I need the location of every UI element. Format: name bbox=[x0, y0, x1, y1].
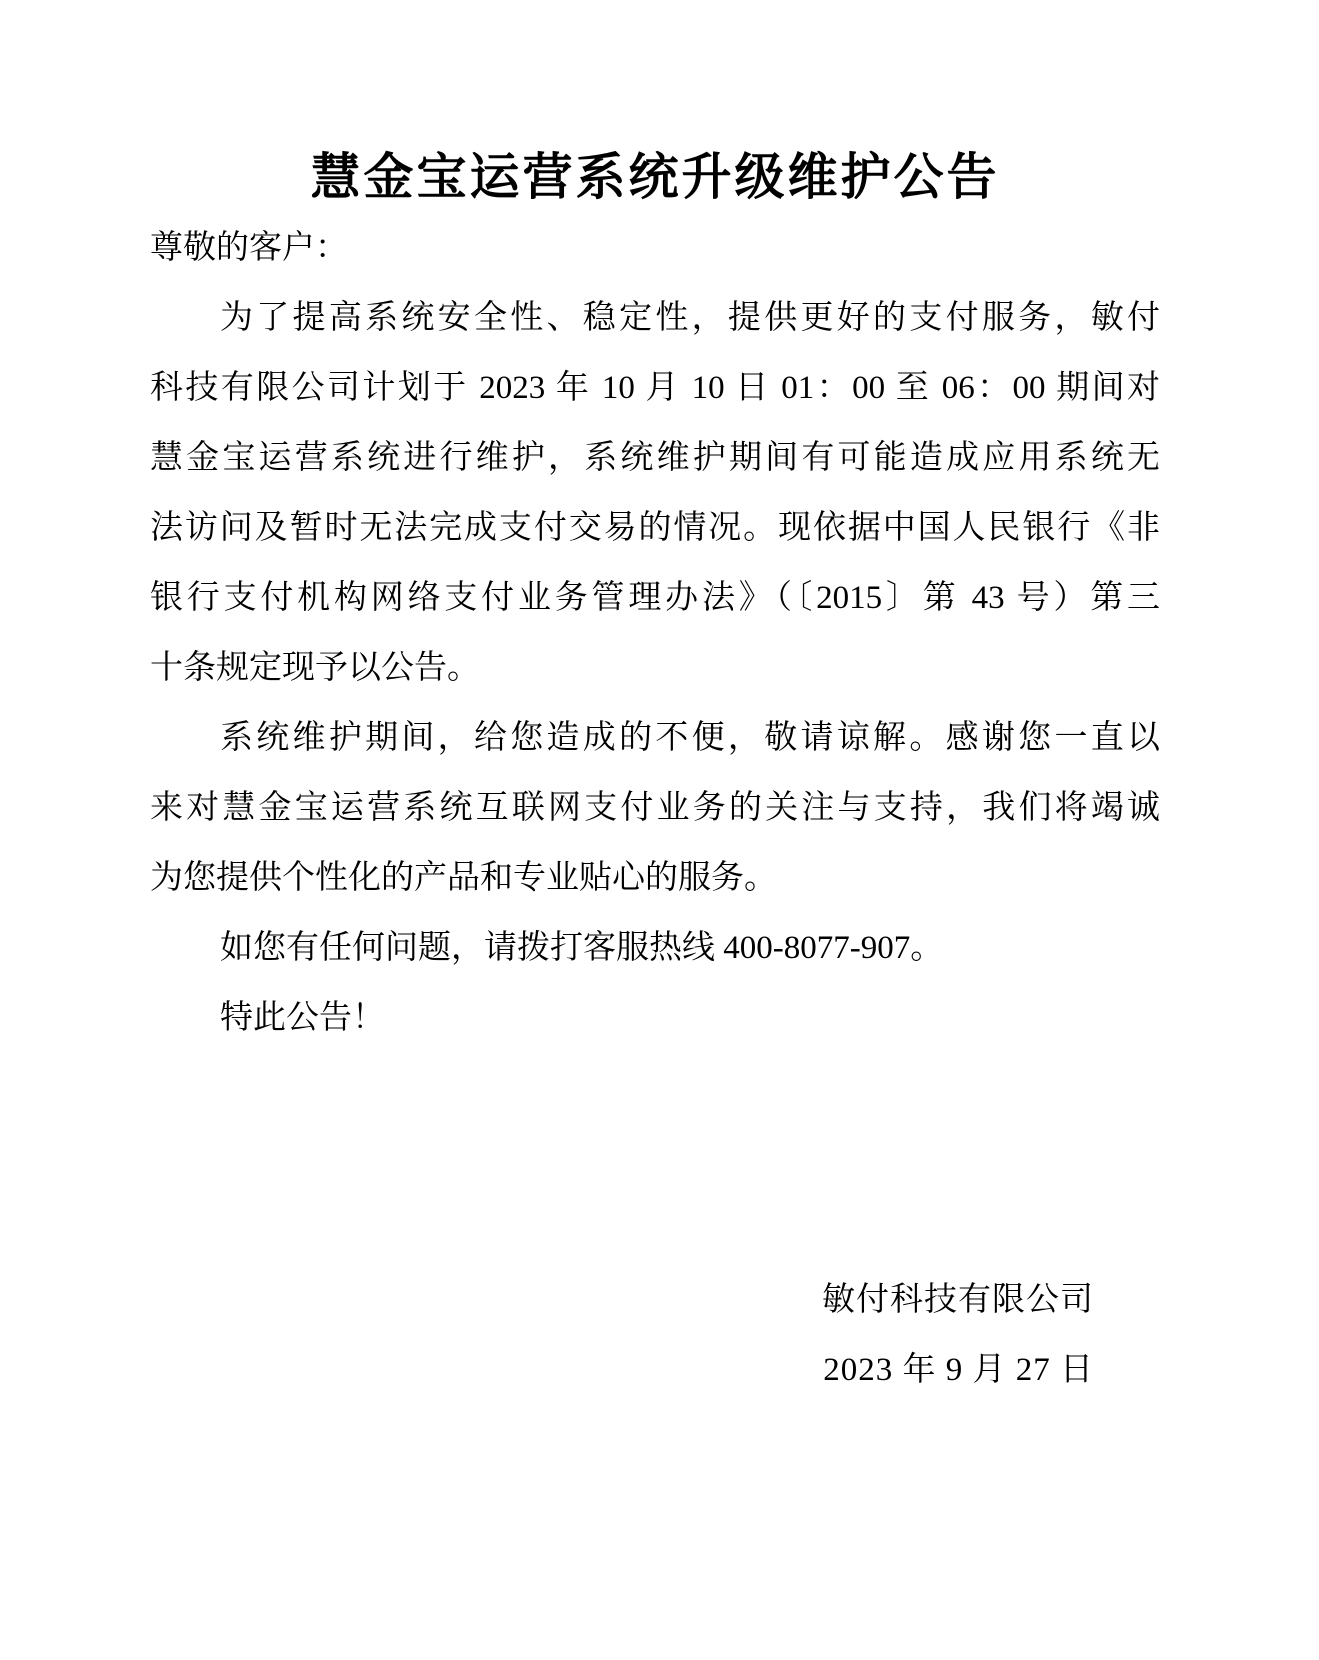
body-line: 来对慧金宝运营系统互联网支付业务的关注与支持，我们将竭诚 bbox=[150, 773, 1160, 843]
signature-date: 2023 年 9 月 27 日 bbox=[150, 1335, 1094, 1405]
body-line: 科技有限公司计划于 2023 年 10 月 10 日 01：00 至 06：00… bbox=[150, 353, 1160, 423]
document-body: 尊敬的客户： 为了提高系统安全性、稳定性，提供更好的支付服务，敏付 科技有限公司… bbox=[150, 213, 1160, 1053]
body-line: 法访问及暂时无法完成支付交易的情况。现依据中国人民银行《非 bbox=[150, 493, 1160, 563]
hotline-line: 如您有任何问题，请拨打客服热线 400-8077-907。 bbox=[150, 913, 1160, 983]
salutation-line: 尊敬的客户： bbox=[150, 213, 1160, 283]
announcement-document: 慧金宝运营系统升级维护公告 尊敬的客户： 为了提高系统安全性、稳定性，提供更好的… bbox=[0, 0, 1319, 1660]
document-content: 慧金宝运营系统升级维护公告 尊敬的客户： 为了提高系统安全性、稳定性，提供更好的… bbox=[150, 0, 1160, 1405]
closing-line: 特此公告！ bbox=[150, 983, 1160, 1053]
body-line: 银行支付机构网络支付业务管理办法》（〔2015〕第 43 号）第三 bbox=[150, 563, 1160, 633]
signature-company: 敏付科技有限公司 bbox=[150, 1265, 1094, 1335]
body-line: 为了提高系统安全性、稳定性，提供更好的支付服务，敏付 bbox=[150, 283, 1160, 353]
body-line: 为您提供个性化的产品和专业贴心的服务。 bbox=[150, 843, 1160, 913]
body-line: 十条规定现予以公告。 bbox=[150, 633, 1160, 703]
body-line: 系统维护期间，给您造成的不便，敬请谅解。感谢您一直以 bbox=[150, 703, 1160, 773]
page-title: 慧金宝运营系统升级维护公告 bbox=[150, 148, 1160, 206]
body-line: 慧金宝运营系统进行维护，系统维护期间有可能造成应用系统无 bbox=[150, 423, 1160, 493]
signature-block: 敏付科技有限公司 2023 年 9 月 27 日 bbox=[150, 1265, 1160, 1405]
